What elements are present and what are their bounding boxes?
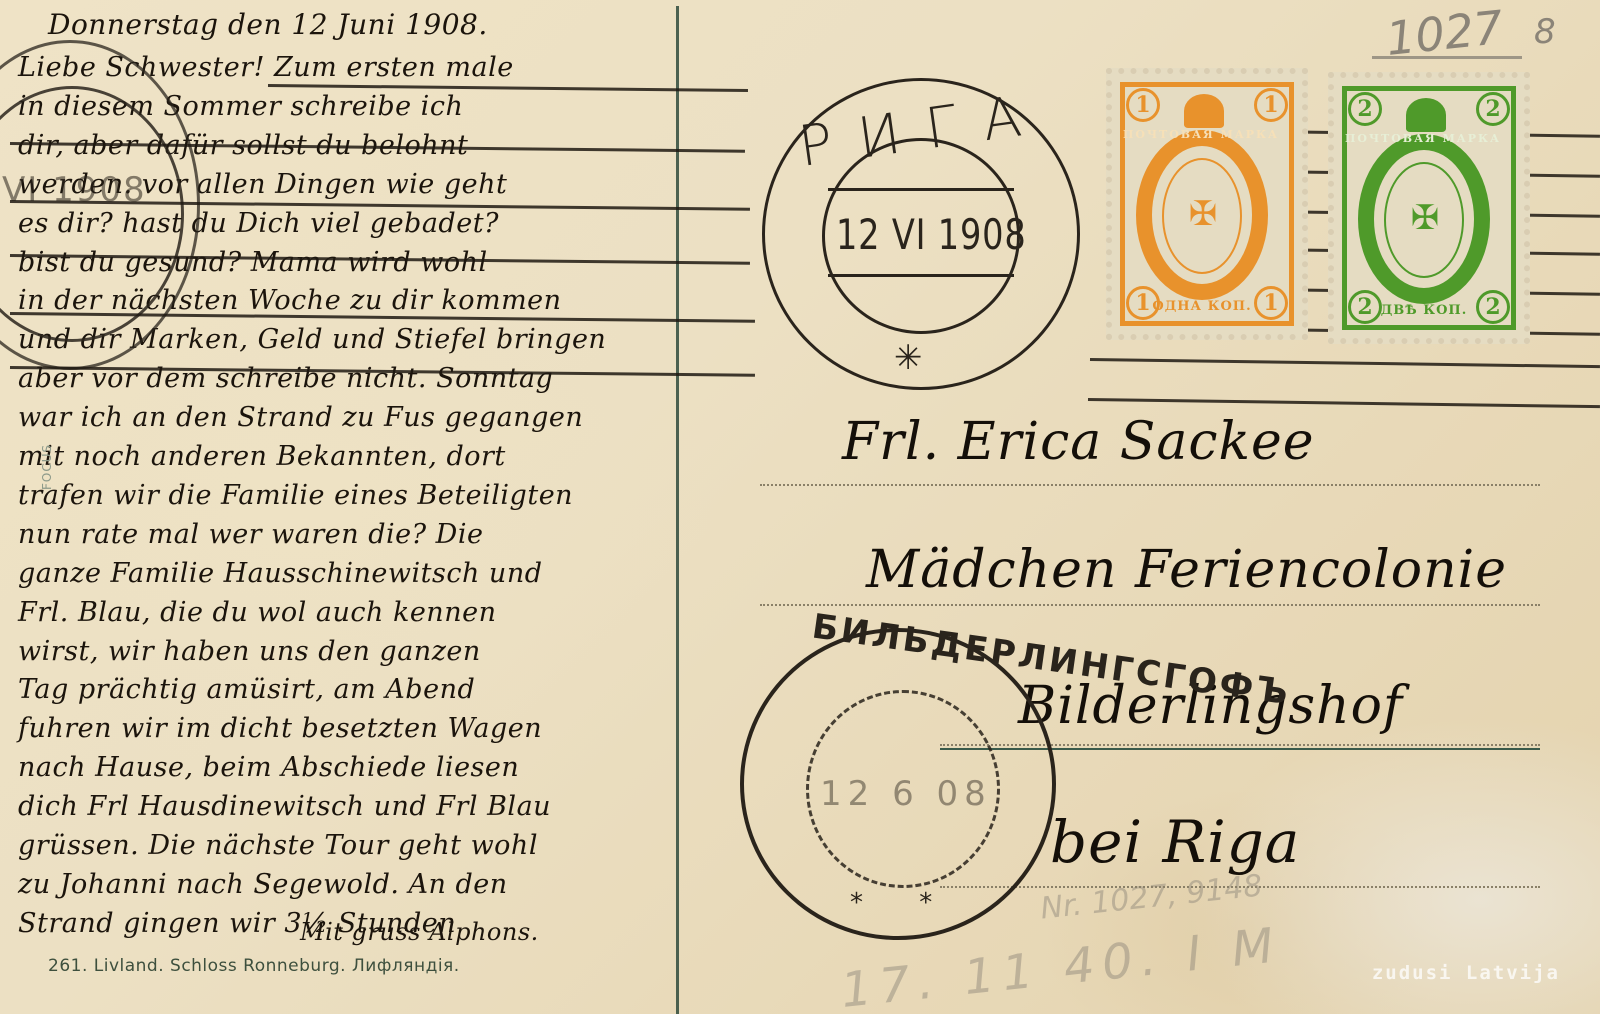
message-line: nach Hause, beim Abschiede liesen	[18, 752, 519, 783]
stamp-corner-value: 1	[1254, 286, 1288, 320]
address-city: bei Riga	[1050, 808, 1300, 876]
postmark-date: 12 6 08	[820, 774, 992, 814]
watermark: zudusi Latvija	[1372, 962, 1560, 984]
crown-icon	[1406, 98, 1446, 132]
address-line-4-rule	[940, 886, 1540, 888]
message-date: Donnerstag den 12 Juni 1908.	[48, 8, 488, 41]
message-line: dich Frl Hausdinewitsch und Frl Blau	[18, 791, 551, 822]
cancel-bar	[1088, 398, 1600, 408]
postmark-date-bar-top	[828, 188, 1014, 191]
double-eagle-icon: ✠	[1408, 198, 1442, 238]
postmark-date: 12 VI 1908	[836, 210, 1027, 259]
message-line: grüssen. Die nächste Tour geht wohl	[18, 830, 538, 861]
stamp-corner-value: 2	[1476, 92, 1510, 126]
stamp-oval-text: ПОЧТОВАЯ МАРКА	[1112, 128, 1290, 141]
double-eagle-icon: ✠	[1186, 194, 1220, 234]
message-line: Tag prächtig amüsirt, am Abend	[18, 674, 475, 705]
stamp-2-kopeck: ПОЧТОВАЯ МАРКА ✠ 2 2 2 2 ДВѢ КОП.	[1328, 72, 1530, 344]
message-line: Frl. Blau, die du wol auch kennen	[18, 597, 496, 628]
message-closing: Mit gruss Alphons.	[300, 918, 539, 946]
star-icon: ✳	[894, 338, 923, 378]
cancel-bar	[1090, 358, 1600, 368]
stamp-oval-text: ПОЧТОВАЯ МАРКА	[1334, 132, 1512, 145]
postmark-date-bar-bottom	[828, 274, 1014, 277]
message-line: ganze Familie Hausschinewitsch und	[18, 558, 543, 589]
pencil-archive-ref: Nr. 1027, 9148	[1039, 868, 1264, 926]
pencil-suffix: 8	[1534, 12, 1556, 52]
center-divider	[676, 6, 679, 1014]
message-line: trafen wir die Familie eines Beteiligten	[18, 480, 573, 511]
publisher-side-print: FOCUS	[40, 444, 54, 490]
card-caption: 261. Livland. Schloss Ronneburg. Лифлянд…	[48, 956, 460, 976]
address-line-1-rule	[760, 484, 1540, 486]
stamp-corner-value: 2	[1348, 92, 1382, 126]
postcard: Donnerstag den 12 Juni 1908. Liebe Schwe…	[0, 0, 1600, 1014]
message-line: fuhren wir im dicht besetzten Wagen	[18, 713, 542, 744]
stamp-value-text: ОДНА КОП.	[1152, 299, 1252, 314]
message-line: zu Johanni nach Segewold. An den	[18, 869, 508, 900]
crown-icon	[1184, 94, 1224, 128]
address-line-2-rule	[760, 604, 1540, 606]
message-line: war ich an den Strand zu Fus gegangen	[18, 402, 583, 433]
stamp-value-text: ДВѢ КОП.	[1374, 303, 1474, 318]
pencil-underline	[1372, 56, 1522, 59]
address-institution: Mädchen Feriencolonie	[866, 540, 1507, 600]
stamp-1-kopeck: ПОЧТОВАЯ МАРКА ✠ 1 1 1 1 ОДНА КОП.	[1106, 68, 1308, 340]
stamp-corner-value: 2	[1476, 290, 1510, 324]
recipient-name: Frl. Erica Sackee	[842, 412, 1315, 472]
stamp-corner-value: 1	[1254, 88, 1288, 122]
star-icons: * *	[850, 888, 956, 918]
message-line: wirst, wir haben uns den ganzen	[18, 636, 481, 667]
message-line: nun rate mal wer waren die? Die	[18, 519, 483, 550]
message-line: mit noch anderen Bekannten, dort	[18, 441, 506, 472]
stamp-corner-value: 1	[1126, 88, 1160, 122]
